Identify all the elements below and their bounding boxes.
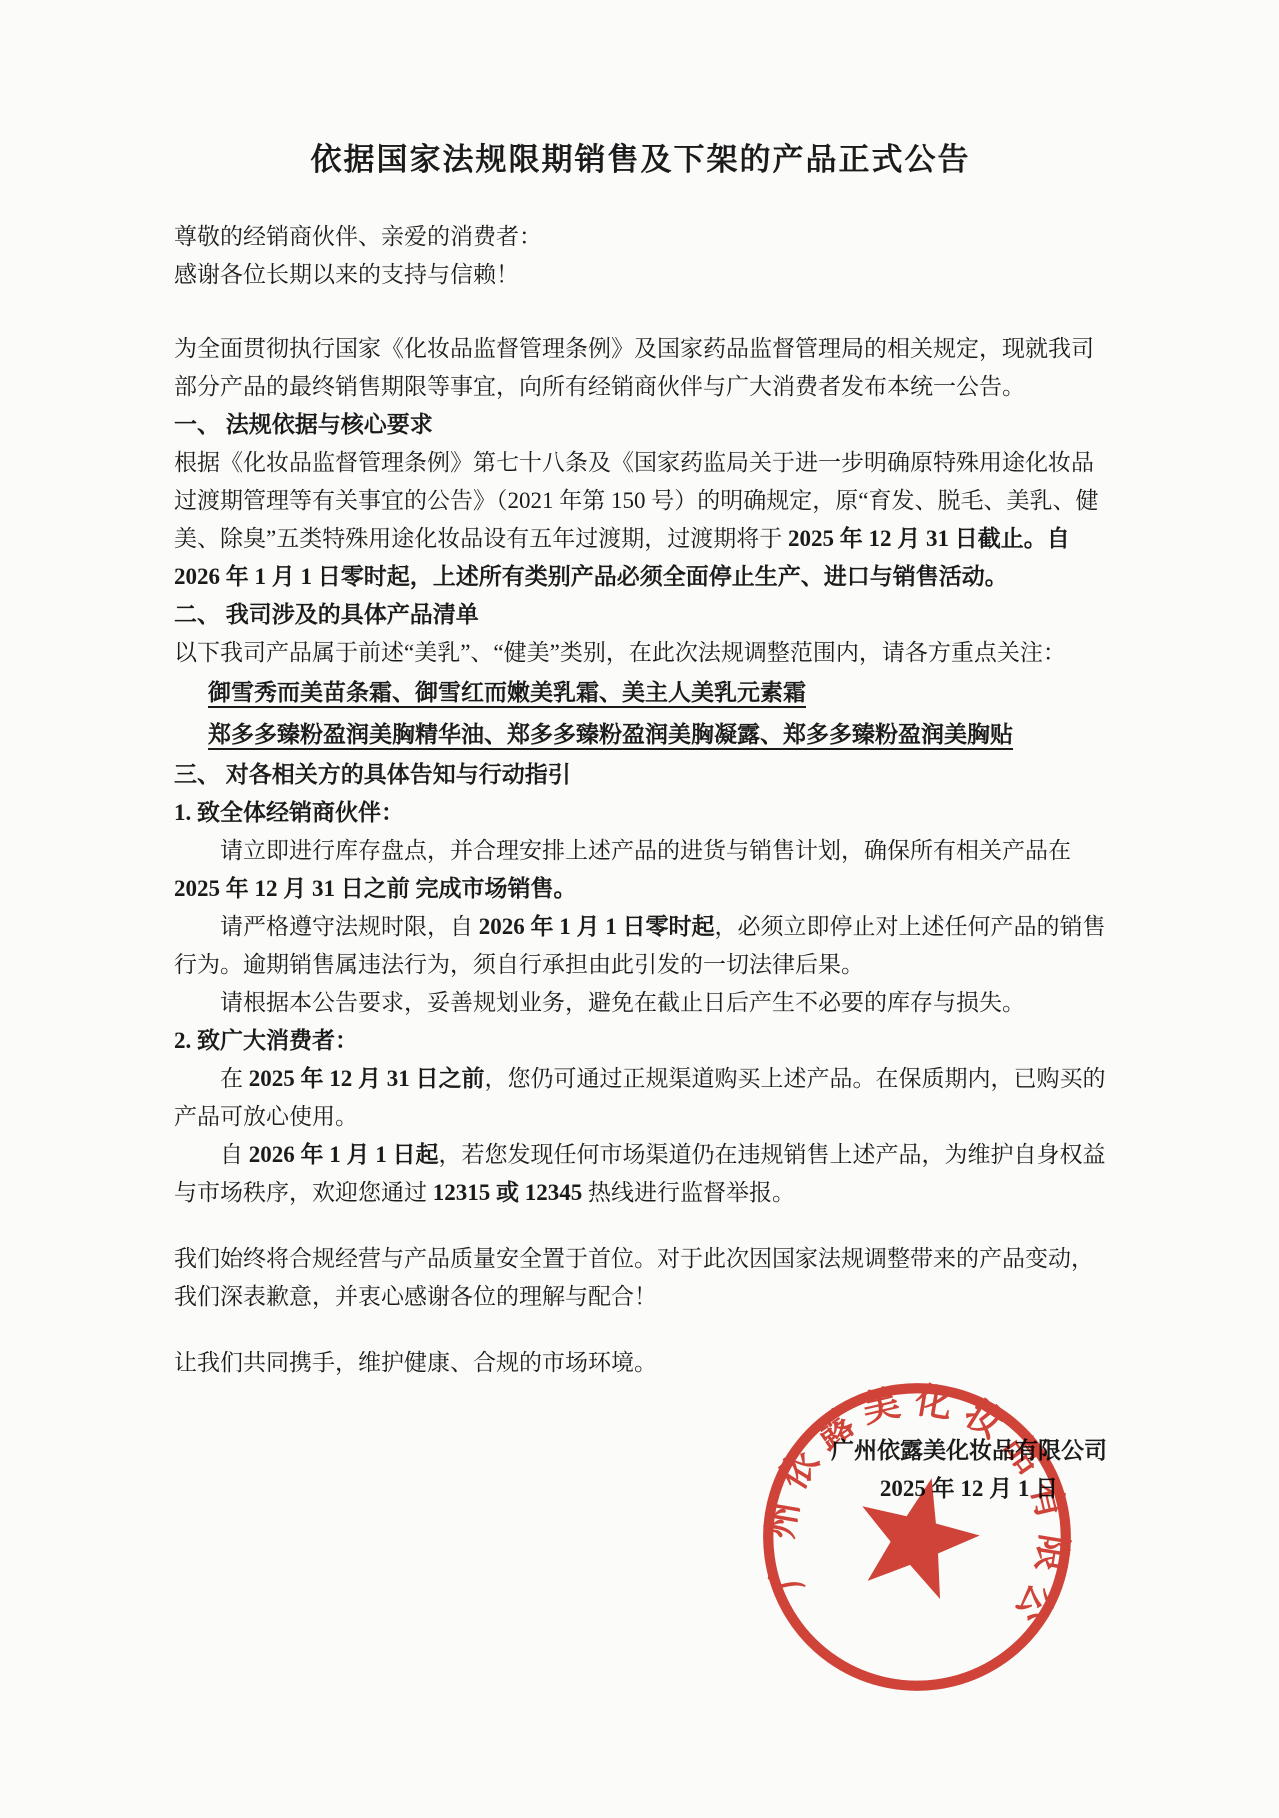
distributors-p1-text: 请立即进行库存盘点，并合理安排上述产品的进货与销售计划，确保所有相关产品在 bbox=[220, 838, 1071, 863]
distributors-p2-text-1: 请严格遵守法规时限，自 bbox=[220, 914, 479, 939]
section2-heading: 二、 我司涉及的具体产品清单 bbox=[174, 596, 1107, 634]
distributors-p2-bold: 2026 年 1 月 1 日零时起 bbox=[479, 914, 715, 939]
announcement-document: 依据国家法规限期销售及下架的产品正式公告 尊敬的经销商伙伴、亲爱的消费者： 感谢… bbox=[0, 0, 1279, 1818]
salutation-line-1: 尊敬的经销商伙伴、亲爱的消费者： bbox=[174, 218, 1107, 256]
signature-company: 广州依露美化妆品有限公司 bbox=[831, 1432, 1107, 1470]
signature-block: 广州依露美化妆品有限公司 2025 年 12 月 1 日 bbox=[831, 1432, 1107, 1508]
closing-paragraph-2: 让我们共同携手，维护健康、合规的市场环境。 bbox=[174, 1344, 1107, 1382]
consumers-p1-text-1: 在 bbox=[220, 1066, 249, 1091]
consumers-p2-bold-1: 2026 年 1 月 1 日起 bbox=[249, 1142, 439, 1167]
consumers-p1-bold: 2025 年 12 月 31 日之前 bbox=[249, 1066, 485, 1091]
section3-heading: 三、 对各相关方的具体告知与行动指引 bbox=[174, 756, 1107, 794]
company-seal-stamp: 广州依露美化妆品有限公司 bbox=[724, 1344, 1109, 1729]
section1-heading: 一、 法规依据与核心要求 bbox=[174, 406, 1107, 444]
consumers-paragraph-2: 自 2026 年 1 月 1 日起，若您发现任何市场渠道仍在违规销售上述产品，为… bbox=[174, 1136, 1107, 1212]
distributors-paragraph-1: 请立即进行库存盘点，并合理安排上述产品的进货与销售计划，确保所有相关产品在 20… bbox=[174, 832, 1107, 908]
distributors-paragraph-2: 请严格遵守法规时限，自 2026 年 1 月 1 日零时起，必须立即停止对上述任… bbox=[174, 908, 1107, 984]
section1-body: 根据《化妆品监督管理条例》第七十八条及《国家药监局关于进一步明确原特殊用途化妆品… bbox=[174, 444, 1107, 596]
distributors-heading: 1. 致全体经销商伙伴： bbox=[174, 794, 1107, 832]
seal-ring bbox=[737, 1357, 1098, 1718]
document-title: 依据国家法规限期销售及下架的产品正式公告 bbox=[174, 138, 1107, 182]
consumers-p2-bold-2: 12315 或 12345 bbox=[433, 1180, 583, 1205]
product-list-line-2: 郑多多臻粉盈润美胸精华油、郑多多臻粉盈润美胸凝露、郑多多臻粉盈润美胸贴 bbox=[174, 714, 1107, 756]
consumers-p2-text-3: 热线进行监督举报。 bbox=[582, 1180, 795, 1205]
salutation-line-2: 感谢各位长期以来的支持与信赖！ bbox=[174, 256, 1107, 294]
signature-date: 2025 年 12 月 1 日 bbox=[831, 1470, 1107, 1508]
distributors-paragraph-3: 请根据本公告要求，妥善规划业务，避免在截止日后产生不必要的库存与损失。 bbox=[174, 984, 1107, 1022]
section2-intro: 以下我司产品属于前述“美乳”、“健美”类别，在此次法规调整范围内，请各方重点关注… bbox=[174, 634, 1107, 672]
consumers-paragraph-1: 在 2025 年 12 月 31 日之前，您仍可通过正规渠道购买上述产品。在保质… bbox=[174, 1060, 1107, 1136]
product-list-line-1: 御雪秀而美苗条霜、御雪红而嫩美乳霜、美主人美乳元素霜 bbox=[174, 672, 1107, 714]
distributors-p1-bold: 2025 年 12 月 31 日之前 完成市场销售。 bbox=[174, 876, 577, 901]
consumers-heading: 2. 致广大消费者： bbox=[174, 1022, 1107, 1060]
closing-paragraph-1: 我们始终将合规经营与产品质量安全置于首位。对于此次因国家法规调整带来的产品变动，… bbox=[174, 1240, 1107, 1316]
consumers-p2-text-1: 自 bbox=[220, 1142, 249, 1167]
intro-paragraph: 为全面贯彻执行国家《化妆品监督管理条例》及国家药品监督管理局的相关规定，现就我司… bbox=[174, 330, 1107, 406]
